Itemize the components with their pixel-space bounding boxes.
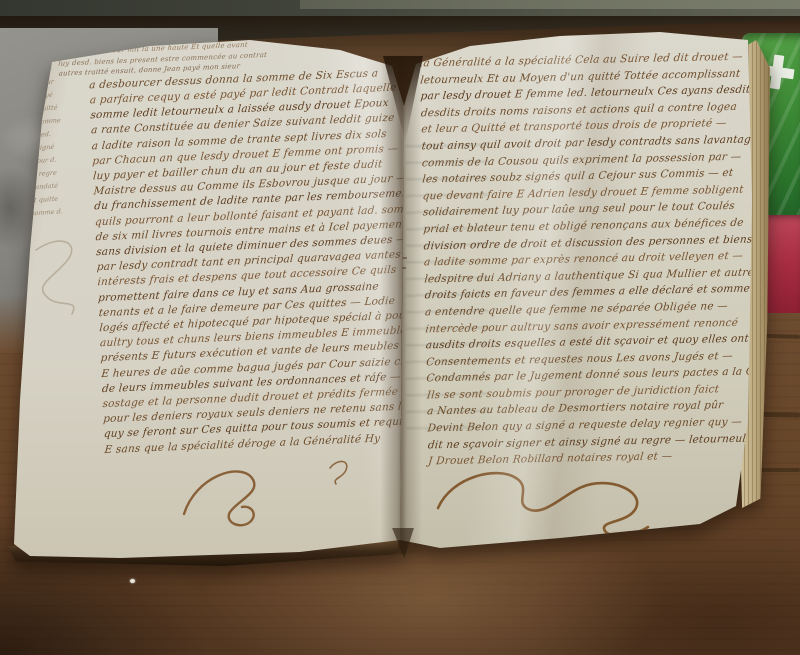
marginal-note: du d. jour: [22, 72, 99, 90]
manuscript-line: et leur a Quitté et transporté tous droi…: [420, 115, 746, 138]
manuscript-line: prial et blateur tenu et obligé renonçan…: [422, 215, 748, 238]
manuscript-line: somme ledit letourneulx a laissée ausdy …: [90, 96, 391, 124]
manuscript-line: sostage et la personne dudit drouet et p…: [102, 385, 403, 413]
manuscript-line: par Chacun an que lesdy drouet E femme o…: [92, 142, 393, 170]
manuscript-line: les notaires soubz signés quil a Cejour …: [421, 165, 747, 188]
manuscript-line: droits faicts en faveur des femmes a ell…: [424, 281, 750, 304]
marginal-note: par led.: [25, 124, 102, 142]
manuscript-line: a ladite somme par exprès renoncé au dro…: [423, 248, 749, 271]
right-page-text: la Généralité a la spécialité Cela au Su…: [420, 49, 753, 471]
manuscript-line: Condamnés par le Jugement donné sous leu…: [426, 364, 752, 387]
manuscript-line: aultry tous et chuns leurs biens immeubl…: [99, 324, 400, 352]
marginal-note: somme d.: [31, 202, 108, 220]
manuscript-line: que devant faire E Adrien lesdy drouet E…: [422, 181, 748, 204]
manuscript-line: ledspitre dui Adriany a lauthentique Si …: [424, 264, 750, 287]
manuscript-line: par lesdy drouet E femme led. letourneul…: [420, 82, 746, 105]
manuscript-line: tout ainsy quil avoit droit par lesdy co…: [421, 132, 747, 155]
manuscript-line: a desbourcer dessus donna la somme de Si…: [89, 66, 390, 94]
manuscript-line: Maistre dessus au Comme ils Esbovrou jus…: [93, 172, 394, 200]
manuscript-line: promettent faire dans ce luy et sans Aua…: [97, 278, 398, 306]
manuscript-line: que ledit debiteur mit la une haute Et q…: [57, 34, 388, 58]
manuscript-line: du franchissement de ladite rante par le…: [94, 187, 395, 215]
manuscript-line: quy se feront sur Ces quitta pour tous s…: [103, 415, 404, 443]
marginal-note: aff. somme: [24, 111, 101, 129]
paraph-flourish-left: [184, 471, 254, 525]
manuscript-line: de leurs immeubles suivant les ordonnanc…: [101, 369, 402, 397]
manuscript-line: letourneulx Et au Moyen d'un quitté Tott…: [419, 65, 745, 88]
manuscript-line: intercède pour aultruy sans avoir expres…: [425, 314, 751, 337]
marginal-note: et quitte: [30, 189, 107, 207]
manuscript-line: de six mil livres tournois entre mains e…: [95, 218, 396, 246]
open-manuscript-book: Contrôllédu d. jour15e payéled. quittéaf…: [0, 0, 800, 655]
marginal-note: cejour d.: [27, 150, 104, 168]
marginal-note: Contrôllé: [21, 59, 98, 77]
manuscript-line: a entendre quelle que femme ne séparée O…: [424, 297, 750, 320]
marginal-note: 15e payé: [22, 85, 99, 103]
manuscript-line: dit ne sçavoir signer et ainsy signé au …: [427, 430, 753, 453]
manuscript-line: pour les deniers royaux seuls deniers ne…: [103, 400, 404, 428]
manuscript-line: par lesdy contradt tant en principal qua…: [96, 248, 397, 276]
marginal-note: du regre: [28, 163, 105, 181]
manuscript-line: a Nantes au tableau de Desmortiers notai…: [426, 397, 752, 420]
manuscript-line: a parfaire cequy a esté payé par ledit C…: [89, 81, 390, 109]
photo-scene: Photograph of an antique handwritten Fre…: [0, 0, 800, 655]
manuscript-line: a rante Constituée au denier Saize suiva…: [90, 111, 391, 139]
manuscript-line: Devint Belon quy a signé a requeste dela…: [427, 414, 753, 437]
manuscript-line: Ils se sont soubmis pour proroger de jur…: [426, 380, 752, 403]
paper-speck: [130, 579, 135, 583]
manuscript-line: division ordre de droit et discussion de…: [423, 231, 749, 254]
manuscript-line: présents E futurs exécution et vante de …: [100, 339, 401, 367]
manuscript-line: la Généralité a la spécialité Cela au Su…: [419, 49, 745, 72]
manuscript-line: a ladite raison la somme de trante sept …: [91, 126, 392, 154]
manuscript-line: E heures de aûe comme bagua jugés par Co…: [101, 354, 402, 382]
marginal-note: led. quitté: [23, 98, 100, 116]
manuscript-line: commis de la Cousou quils expriment la p…: [421, 148, 747, 171]
manuscript-line: tenants et a le faire demeure par Ces qu…: [98, 293, 399, 321]
left-page-text: que ledit debiteur mit la une haute Et q…: [88, 34, 405, 458]
paraph-flourish-right: [438, 473, 648, 535]
manuscript-line: desdits droits noms raisons et actions q…: [420, 98, 746, 121]
manuscript-line: logés affecté et hipotecqué par hipotequ…: [99, 309, 400, 337]
manuscript-line: ausdits droits esquelles a esté dit sçav…: [425, 331, 751, 354]
manuscript-line: autres traitté ensuit, donne Jean payé m…: [58, 55, 389, 79]
line-end-squiggle: [330, 461, 347, 484]
faint-margin-flourish: [36, 241, 74, 314]
gutter-shadow: [380, 56, 422, 554]
manuscript-line: sans division et la quiete diminuer des …: [96, 233, 397, 261]
marginal-note: en signé: [26, 137, 103, 155]
manuscript-line: quils pourront a leur bollonté faisant e…: [94, 202, 395, 230]
manuscript-line: intérests frais et despens que tout acce…: [97, 263, 398, 291]
marginalia-column: Contrôllédu d. jour15e payéled. quittéaf…: [21, 60, 108, 221]
marginal-note: mandaté: [29, 176, 106, 194]
manuscript-line: solidairement luy pour laûe ung seul pou…: [422, 198, 748, 221]
manuscript-line: Consentements et requestes nous Les avon…: [425, 347, 751, 370]
manuscript-line: luy desd. biens les present estre commen…: [58, 44, 389, 68]
manuscript-line: E sans que la spécialité déroge a la Gén…: [104, 430, 405, 458]
manuscript-line: J Drouet Belon Robillard notaires royal …: [427, 447, 753, 470]
manuscript-line: luy payer et bailler chun du an au jour …: [92, 157, 393, 185]
